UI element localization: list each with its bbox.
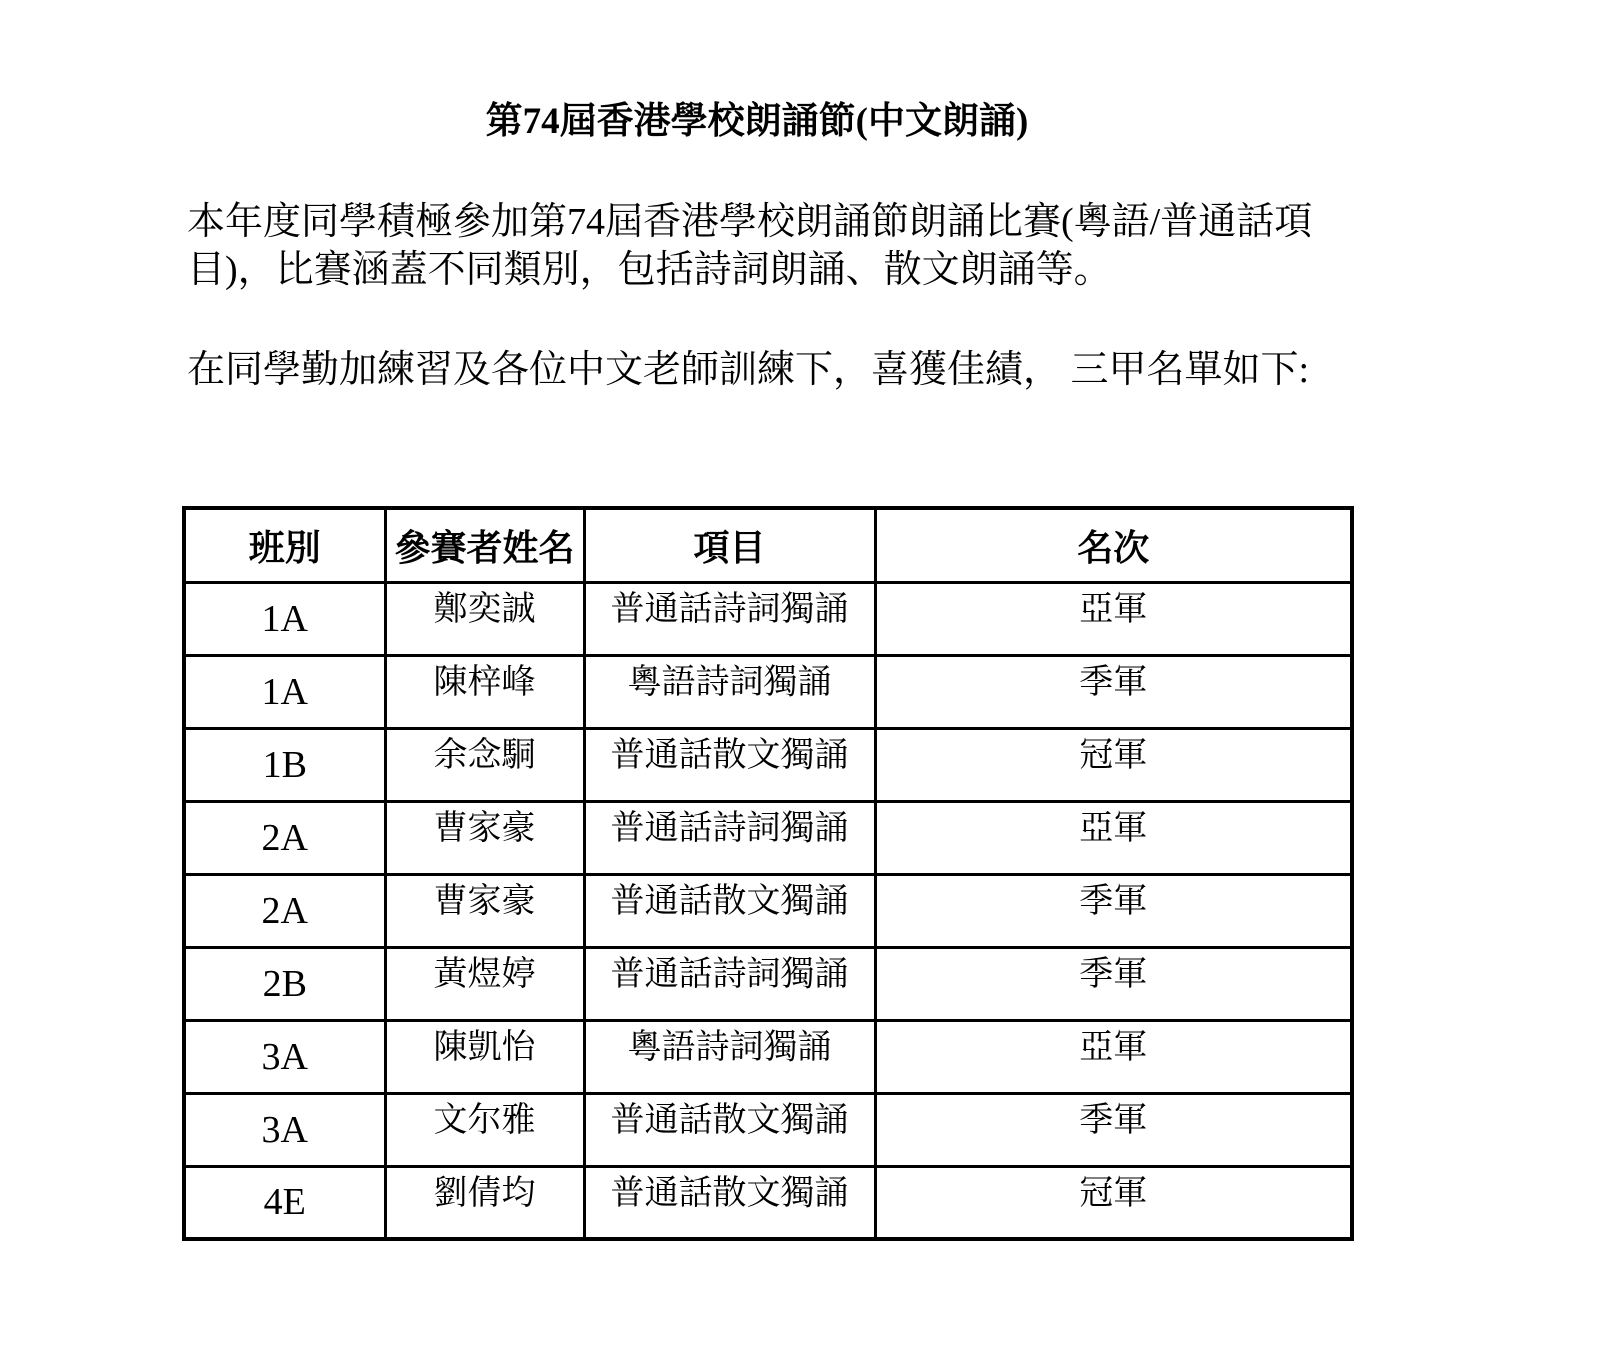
page-title: 第74屆香港學校朗誦節(中文朗誦): [187, 100, 1327, 144]
table-row: 2A 曹家豪 普通話詩詞獨誦 亞軍: [184, 801, 1352, 874]
event-cell: 粵語詩詞獨誦: [584, 1020, 875, 1093]
rank-cell: 季軍: [875, 1093, 1352, 1166]
class-cell: 1B: [184, 728, 385, 801]
name-cell: 文尔雅: [385, 1093, 584, 1166]
table-row: 1A 鄭奕誠 普通話詩詞獨誦 亞軍: [184, 582, 1352, 655]
header-participant-name: 參賽者姓名: [385, 508, 584, 582]
rank-cell: 季軍: [875, 874, 1352, 947]
rank-cell: 亞軍: [875, 801, 1352, 874]
table-row: 2A 曹家豪 普通話散文獨誦 季軍: [184, 874, 1352, 947]
table-row: 4E 劉倩均 普通話散文獨誦 冠軍: [184, 1166, 1352, 1239]
table-row: 2B 黃煜婷 普通話詩詞獨誦 季軍: [184, 947, 1352, 1020]
results-lead-paragraph: 在同學勤加練習及各位中文老師訓練下，喜獲佳績， 三甲名單如下:: [187, 346, 1372, 394]
class-cell: 4E: [184, 1166, 385, 1239]
name-cell: 陳凱怡: [385, 1020, 584, 1093]
header-class: 班別: [184, 508, 385, 582]
table-row: 3A 文尔雅 普通話散文獨誦 季軍: [184, 1093, 1352, 1166]
event-cell: 普通話散文獨誦: [584, 728, 875, 801]
class-cell: 3A: [184, 1020, 385, 1093]
table-row: 1B 余念駧 普通話散文獨誦 冠軍: [184, 728, 1352, 801]
event-cell: 普通話詩詞獨誦: [584, 582, 875, 655]
name-cell: 黃煜婷: [385, 947, 584, 1020]
event-cell: 普通話詩詞獨誦: [584, 801, 875, 874]
class-cell: 2B: [184, 947, 385, 1020]
rank-cell: 季軍: [875, 655, 1352, 728]
class-cell: 1A: [184, 582, 385, 655]
document-page: 第74屆香港學校朗誦節(中文朗誦) 本年度同學積極參加第74屆香港學校朗誦節朗誦…: [0, 0, 1600, 1363]
rank-cell: 季軍: [875, 947, 1352, 1020]
rank-cell: 冠軍: [875, 1166, 1352, 1239]
table-header-row: 班別 參賽者姓名 項目 名次: [184, 508, 1352, 582]
name-cell: 曹家豪: [385, 874, 584, 947]
table-row: 3A 陳凱怡 粵語詩詞獨誦 亞軍: [184, 1020, 1352, 1093]
class-cell: 1A: [184, 655, 385, 728]
name-cell: 陳梓峰: [385, 655, 584, 728]
name-cell: 劉倩均: [385, 1166, 584, 1239]
class-cell: 2A: [184, 874, 385, 947]
event-cell: 普通話散文獨誦: [584, 1093, 875, 1166]
event-cell: 普通話散文獨誦: [584, 874, 875, 947]
table-row: 1A 陳梓峰 粵語詩詞獨誦 季軍: [184, 655, 1352, 728]
rank-cell: 亞軍: [875, 1020, 1352, 1093]
rank-cell: 冠軍: [875, 728, 1352, 801]
header-event: 項目: [584, 508, 875, 582]
name-cell: 余念駧: [385, 728, 584, 801]
class-cell: 2A: [184, 801, 385, 874]
header-rank: 名次: [875, 508, 1352, 582]
intro-paragraph: 本年度同學積極參加第74屆香港學校朗誦節朗誦比賽(粵語/普通話項 目)，比賽涵蓋…: [187, 198, 1372, 294]
class-cell: 3A: [184, 1093, 385, 1166]
event-cell: 粵語詩詞獨誦: [584, 655, 875, 728]
name-cell: 曹家豪: [385, 801, 584, 874]
name-cell: 鄭奕誠: [385, 582, 584, 655]
event-cell: 普通話詩詞獨誦: [584, 947, 875, 1020]
event-cell: 普通話散文獨誦: [584, 1166, 875, 1239]
results-table: 班別 參賽者姓名 項目 名次 1A 鄭奕誠 普通話詩詞獨誦 亞軍 1A 陳梓峰 …: [182, 506, 1354, 1241]
rank-cell: 亞軍: [875, 582, 1352, 655]
